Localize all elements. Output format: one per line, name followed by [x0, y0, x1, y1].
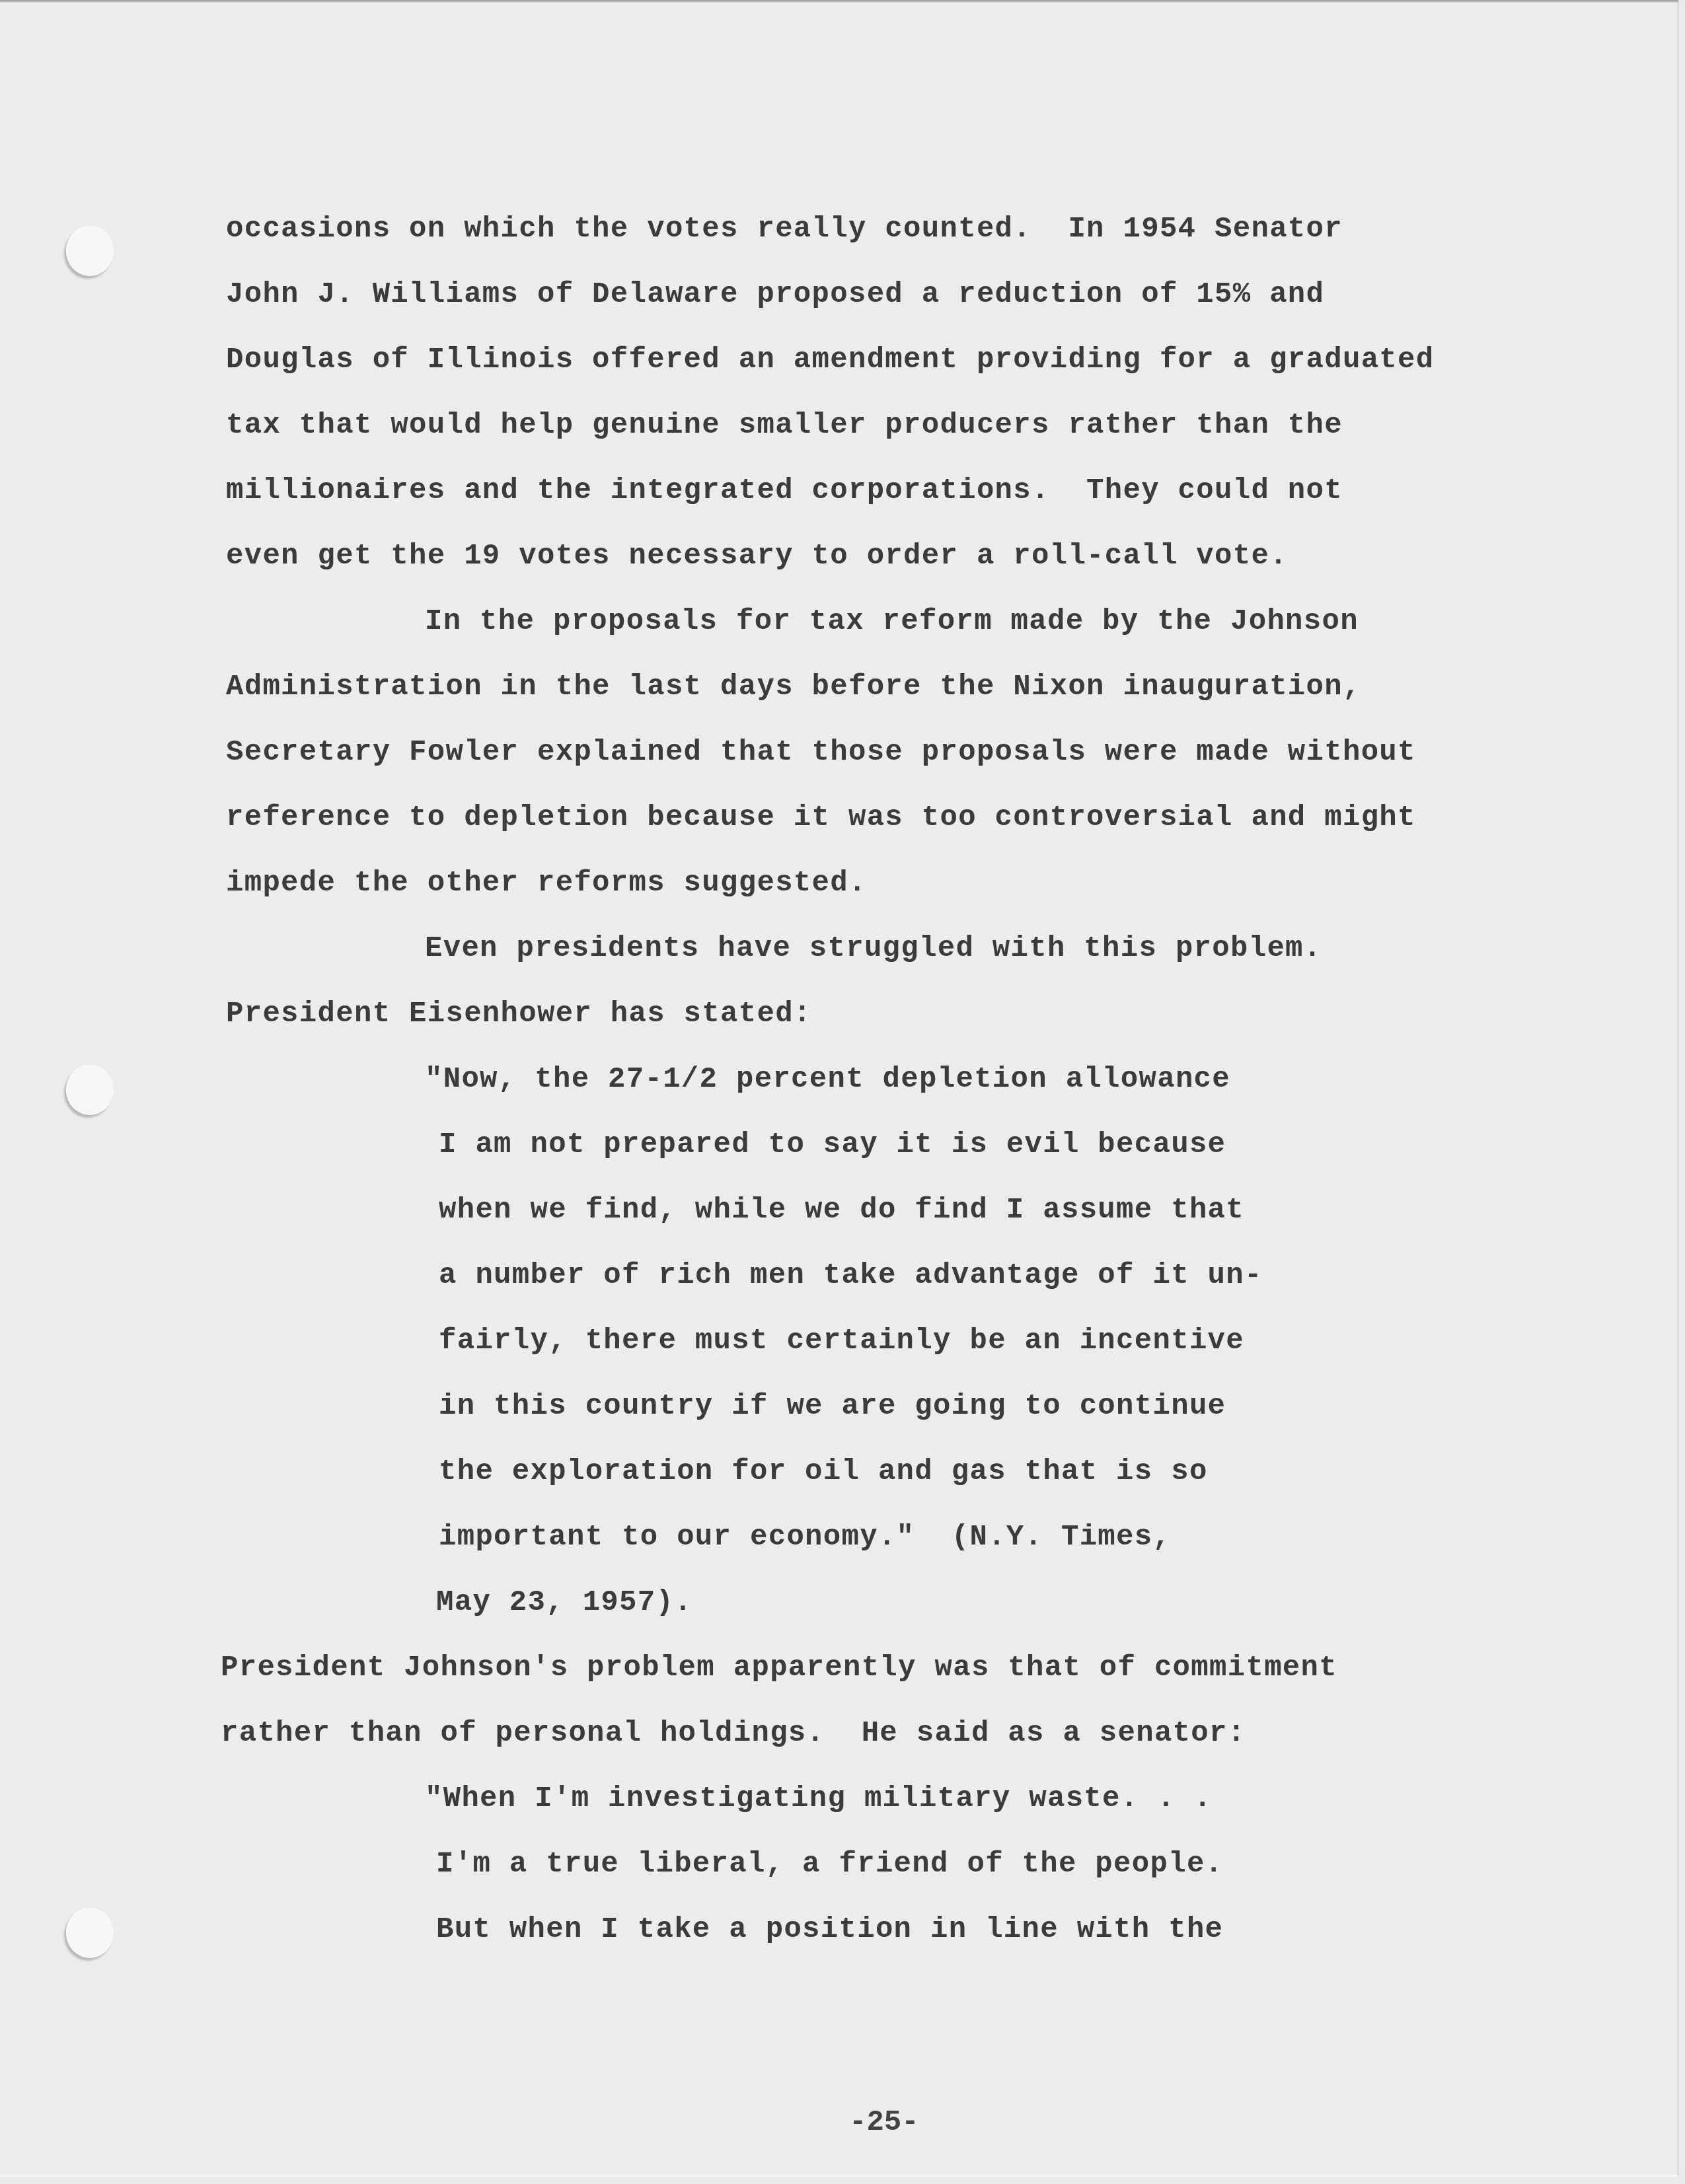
text-line: Douglas of Illinois offered an amendment… — [226, 344, 1434, 377]
hole-punch-icon — [66, 1908, 114, 1958]
hole-punch-icon — [66, 1065, 114, 1115]
text-line: John J. Williams of Delaware proposed a … — [226, 278, 1324, 311]
text-line: tax that would help genuine smaller prod… — [226, 409, 1343, 442]
text-line: important to our economy." (N.Y. Times, — [439, 1521, 1171, 1554]
page-number: -25- — [849, 2106, 919, 2139]
text-line: fairly, there must certainly be an incen… — [439, 1325, 1244, 1358]
text-line: "When I'm investigating military waste. … — [425, 1782, 1212, 1815]
text-line: impede the other reforms suggested. — [226, 867, 867, 900]
hole-punch-icon — [66, 226, 114, 276]
text-line: But when I take a position in line with … — [436, 1913, 1223, 1946]
text-line: President Johnson's problem apparently w… — [221, 1652, 1337, 1685]
text-line: I'm a true liberal, a friend of the peop… — [436, 1848, 1223, 1881]
text-line: in this country if we are going to conti… — [439, 1390, 1226, 1423]
text-line: I am not prepared to say it is evil beca… — [439, 1128, 1226, 1161]
text-line: May 23, 1957). — [436, 1586, 693, 1619]
text-line: Even presidents have struggled with this… — [425, 932, 1322, 965]
text-line: President Eisenhower has stated: — [226, 998, 812, 1031]
text-line: occasions on which the votes really coun… — [226, 213, 1343, 246]
page-top-edge — [0, 0, 1678, 3]
text-line: reference to depletion because it was to… — [226, 801, 1416, 834]
text-line: "Now, the 27-1/2 percent depletion allow… — [425, 1063, 1230, 1096]
text-line: even get the 19 votes necessary to order… — [226, 540, 1288, 573]
text-line: when we find, while we do find I assume … — [439, 1194, 1244, 1227]
text-line: rather than of personal holdings. He sai… — [221, 1717, 1246, 1750]
text-line: In the proposals for tax reform made by … — [425, 605, 1359, 638]
text-line: millionaires and the integrated corporat… — [226, 474, 1343, 507]
text-line: Administration in the last days before t… — [226, 671, 1361, 704]
document-page: occasions on which the votes really coun… — [0, 0, 1679, 2177]
text-line: Secretary Fowler explained that those pr… — [226, 736, 1416, 769]
text-line: the exploration for oil and gas that is … — [439, 1455, 1208, 1488]
text-line: a number of rich men take advantage of i… — [439, 1259, 1263, 1292]
